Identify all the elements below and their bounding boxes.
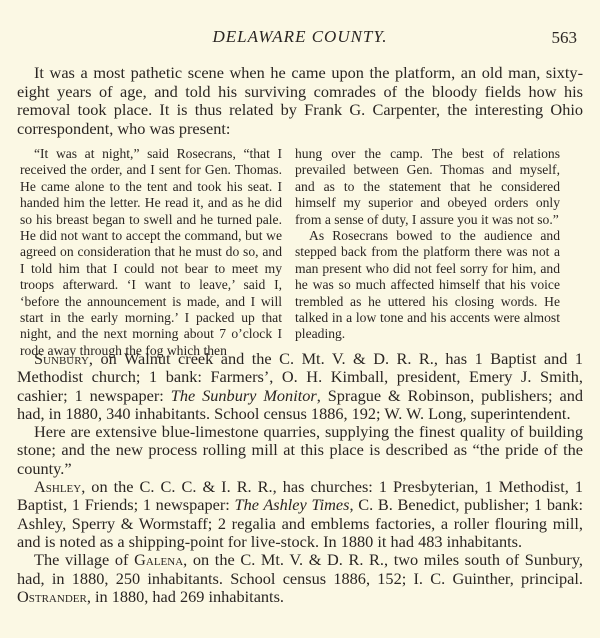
place-name-galena: Galena: [134, 550, 183, 569]
quote-right-column: hung over the camp. The best of relation…: [295, 146, 560, 343]
ashley-paragraph: Ashley, on the C. C. C. & I. R. R., has …: [17, 478, 583, 551]
page-number: 563: [552, 28, 578, 48]
lead-paragraph: It was a most pathetic scene when he cam…: [17, 64, 583, 138]
lead-paragraph-block: It was a most pathetic scene when he cam…: [17, 64, 583, 138]
running-title: DELAWARE COUNTY.: [17, 27, 583, 47]
newspaper-ashley-times: The Ashley Times: [235, 495, 350, 514]
running-head: DELAWARE COUNTY. 563: [17, 23, 583, 47]
galena-paragraph: The village of Galena, on the C. Mt. V. …: [17, 551, 583, 606]
quote-left-column: “It was at night,” said Rosecrans, “that…: [20, 146, 282, 359]
quoted-passage: “It was at night,” said Rosecrans, “that…: [17, 146, 583, 342]
galena-prefix: The village of: [34, 550, 134, 569]
place-name-ostrander: Ostrander: [17, 587, 87, 606]
quote-left-text: “It was at night,” said Rosecrans, “that…: [20, 146, 282, 359]
place-name-sunbury: Sunbury: [34, 349, 89, 368]
place-name-ashley: Ashley: [34, 477, 81, 496]
galena-text-2: , in 1880, had 269 inhabitants.: [87, 587, 284, 606]
quote-right-text: hung over the camp. The best of relation…: [295, 146, 560, 228]
body-text: Sunbury, on Walnut creek and the C. Mt. …: [17, 350, 583, 606]
quarries-paragraph: Here are extensive blue-limestone quarri…: [17, 423, 583, 478]
sunbury-paragraph: Sunbury, on Walnut creek and the C. Mt. …: [17, 350, 583, 423]
quote-right-commentary: As Rosecrans bowed to the audience and s…: [295, 228, 560, 343]
newspaper-sunbury-monitor: The Sunbury Monitor: [171, 386, 317, 405]
